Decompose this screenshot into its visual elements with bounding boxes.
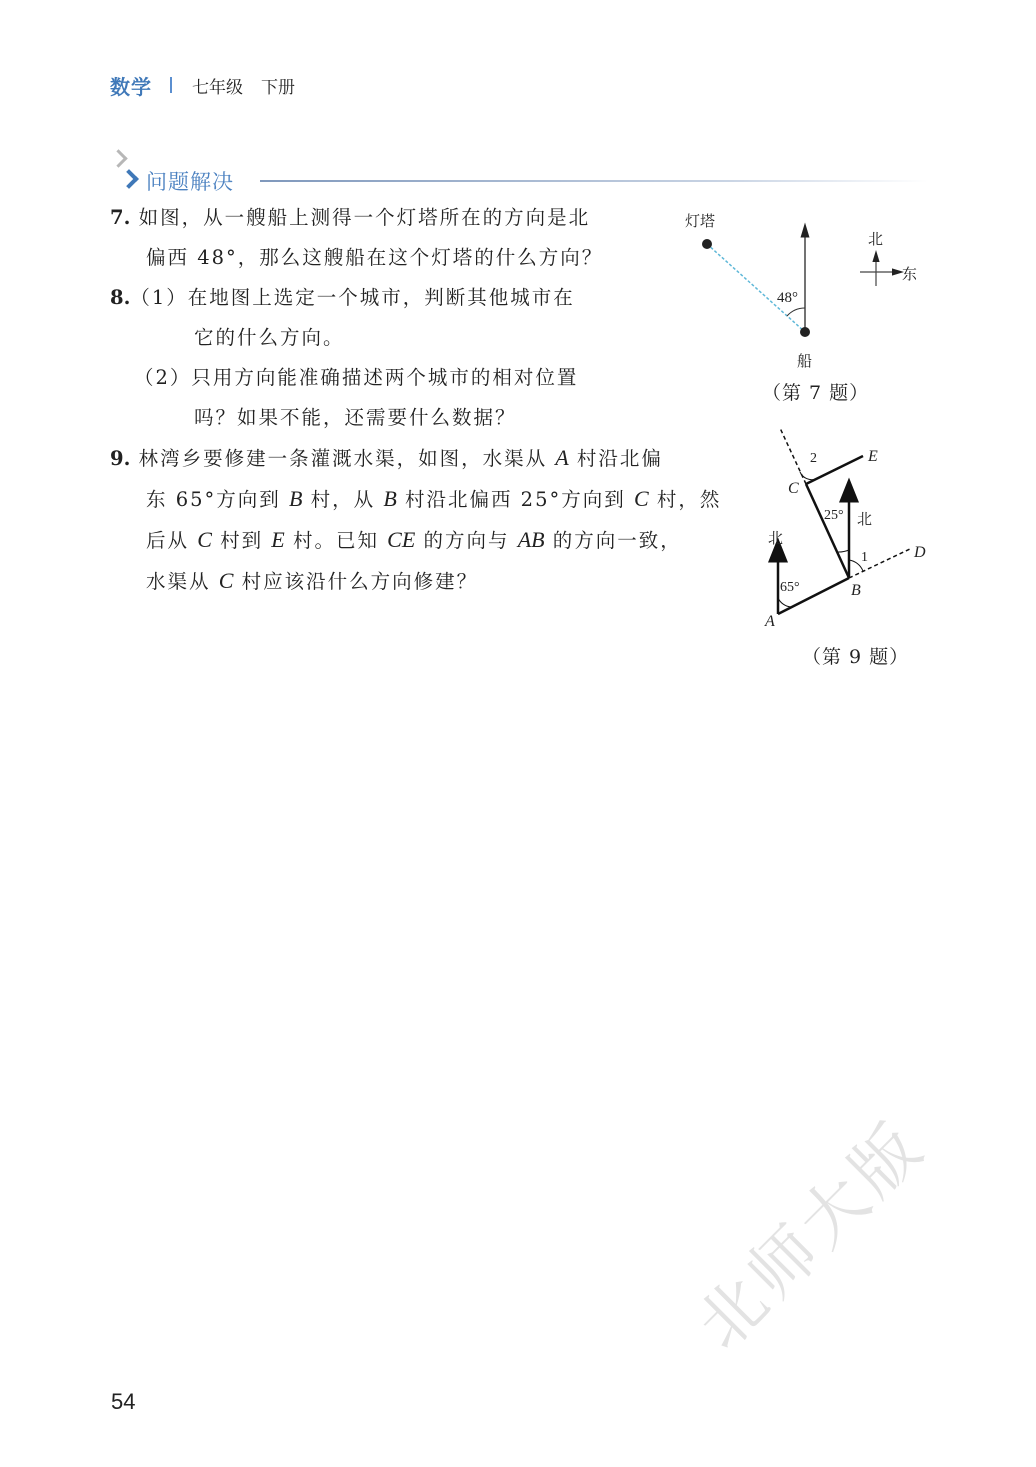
question-text: 村，然 (649, 488, 722, 511)
compass-north-label: 北 (868, 228, 883, 249)
angle-25-label: 25° (824, 508, 844, 524)
volume-label: 下册 (261, 73, 295, 98)
var-C: C (634, 486, 649, 511)
chevron-right-icon (109, 149, 127, 167)
figure-caption: （第 7 题） (762, 378, 869, 405)
page-header: 数学 七年级 下册 (110, 70, 295, 100)
north-label-A: 北 (768, 527, 783, 548)
question-text: 偏西 48°，那么这艘船在这个灯塔的什么方向？ (146, 246, 603, 269)
question-text: 村。已知 (285, 529, 387, 552)
figure-9: A B C D E 北 北 65° 25° 1 2 （第 9 题） (750, 420, 950, 670)
var-B: B (289, 486, 302, 511)
var-C: C (219, 568, 234, 593)
angle-1-label: 1 (861, 550, 868, 566)
point-D-label: D (914, 544, 926, 562)
var-A: A (555, 445, 568, 470)
var-CE: CE (387, 527, 415, 552)
question-text: 村，从 (302, 488, 383, 511)
grade-label: 七年级 (192, 73, 243, 98)
point-A-label: A (765, 613, 775, 631)
part-label: （2） (134, 366, 191, 389)
question-text: 如图，从一艘船上测得一个灯塔所在的方向是北 (139, 206, 591, 229)
question-text: 村沿北偏西 25°方向到 (397, 488, 634, 511)
var-B: B (383, 486, 396, 511)
point-C-label: C (788, 480, 799, 498)
question-text: 村到 (212, 529, 271, 552)
point-E-label: E (868, 448, 878, 466)
question-number: 7. (110, 206, 130, 229)
var-E: E (271, 527, 284, 552)
chevron-right-icon (119, 169, 139, 189)
question-text: 的方向与 (415, 529, 517, 552)
question-text: 只用方向能准确描述两个城市的相对位置 (191, 366, 578, 389)
subject-title: 数学 (110, 71, 152, 100)
question-text: 林湾乡要修建一条灌溉水渠，如图，水渠从 (139, 447, 556, 470)
question-text: 后从 (146, 529, 197, 552)
angle-65-label: 65° (780, 580, 800, 596)
north-label-B: 北 (857, 508, 872, 529)
figure-7: 灯塔 48° 船 北 东 （第 7 题） (680, 200, 940, 410)
question-text: 村应该沿什么方向修建？ (233, 570, 478, 593)
section-title: 问题解决 (146, 166, 234, 196)
question-number: 8. (110, 286, 130, 309)
angle-label: 48° (777, 290, 798, 307)
header-divider (170, 77, 172, 93)
question-7: 7. 如图，从一艘船上测得一个灯塔所在的方向是北 偏西 48°，那么这艘船在这个… (110, 198, 603, 278)
question-text: 的方向一致， (545, 529, 682, 552)
question-text: 东 65°方向到 (146, 488, 289, 511)
lighthouse-label: 灯塔 (685, 210, 715, 231)
watermark: 北师大版 (671, 1095, 942, 1366)
point-B-label: B (851, 582, 861, 600)
angle-2-label: 2 (810, 451, 817, 467)
figure-caption: （第 9 题） (802, 642, 909, 669)
section-heading: 问题解决 (108, 152, 928, 196)
question-8: 8.（1）在地图上选定一个城市，判断其他城市在 它的什么方向。 （2）只用方向能… (110, 278, 578, 438)
page-number: 54 (111, 1389, 135, 1415)
var-AB: AB (518, 527, 545, 552)
question-9: 9. 林湾乡要修建一条灌溉水渠，如图，水渠从 A 村沿北偏 东 65°方向到 B… (110, 438, 721, 602)
question-text: 吗？如果不能，还需要什么数据？ (194, 406, 517, 429)
question-text: 水渠从 (146, 570, 219, 593)
question-text: 在地图上选定一个城市，判断其他城市在 (188, 286, 575, 309)
question-number: 9. (110, 447, 130, 470)
question-text: 它的什么方向。 (194, 326, 345, 349)
part-label: （1） (130, 286, 187, 309)
section-divider (260, 180, 928, 182)
ship-label: 船 (797, 350, 812, 371)
var-C: C (197, 527, 212, 552)
question-text: 村沿北偏 (569, 447, 663, 470)
compass-east-label: 东 (902, 263, 917, 284)
